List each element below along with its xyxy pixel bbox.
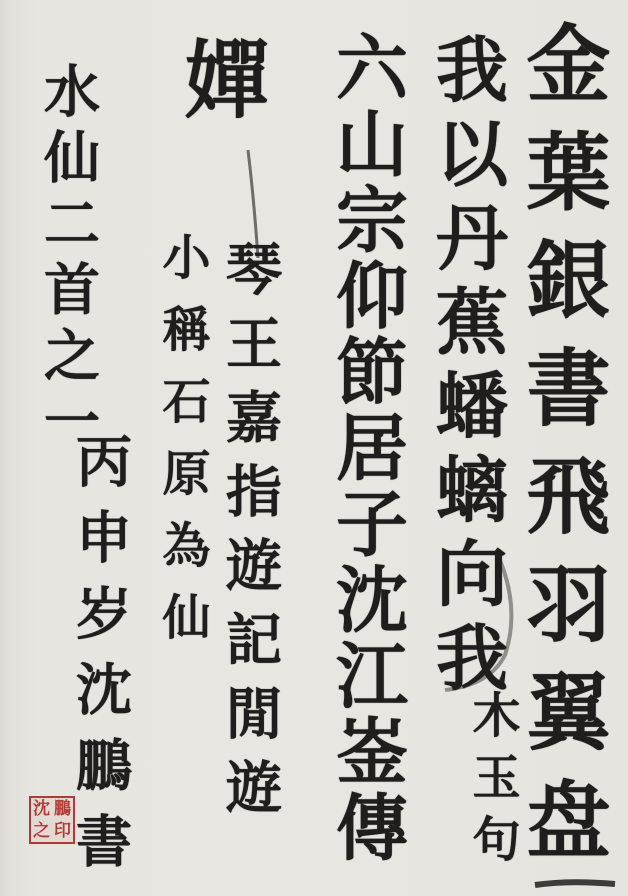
seal-char-1: 沈: [31, 798, 52, 820]
calligraphy-column-3: 六山宗仰節居子沈江崟傳: [330, 30, 402, 890]
calligraphy-column-2-note: 木玉句: [468, 690, 516, 880]
calligraphy-column-1: 金葉銀書飛羽翼盘: [520, 20, 604, 890]
seal-char-2: 鵬: [52, 798, 73, 820]
seal-char-3: 之: [31, 820, 52, 842]
seal-char-4: 印: [52, 820, 73, 842]
calligraphy-column-5: 琴王嘉指遊記閒遊: [222, 240, 278, 850]
red-seal-stamp: 沈 鵬 之 印: [29, 796, 75, 844]
calligraphy-column-6: 小稱石原為仙: [158, 232, 206, 662]
calligraphy-column-4: 嬋: [178, 36, 262, 146]
calligraphy-artwork: 金葉銀書飛羽翼盘 我以丹蕉蟠螭向我 木玉句 六山宗仰節居子沈江崟傳 嬋 琴王嘉指…: [0, 0, 628, 896]
calligraphy-column-2: 我以丹蕉蟠螭向我: [430, 32, 502, 672]
calligraphy-title-column: 水仙二首之一: [40, 62, 96, 442]
calligraphy-signature-column: 丙申岁沈鵬書: [72, 432, 128, 872]
